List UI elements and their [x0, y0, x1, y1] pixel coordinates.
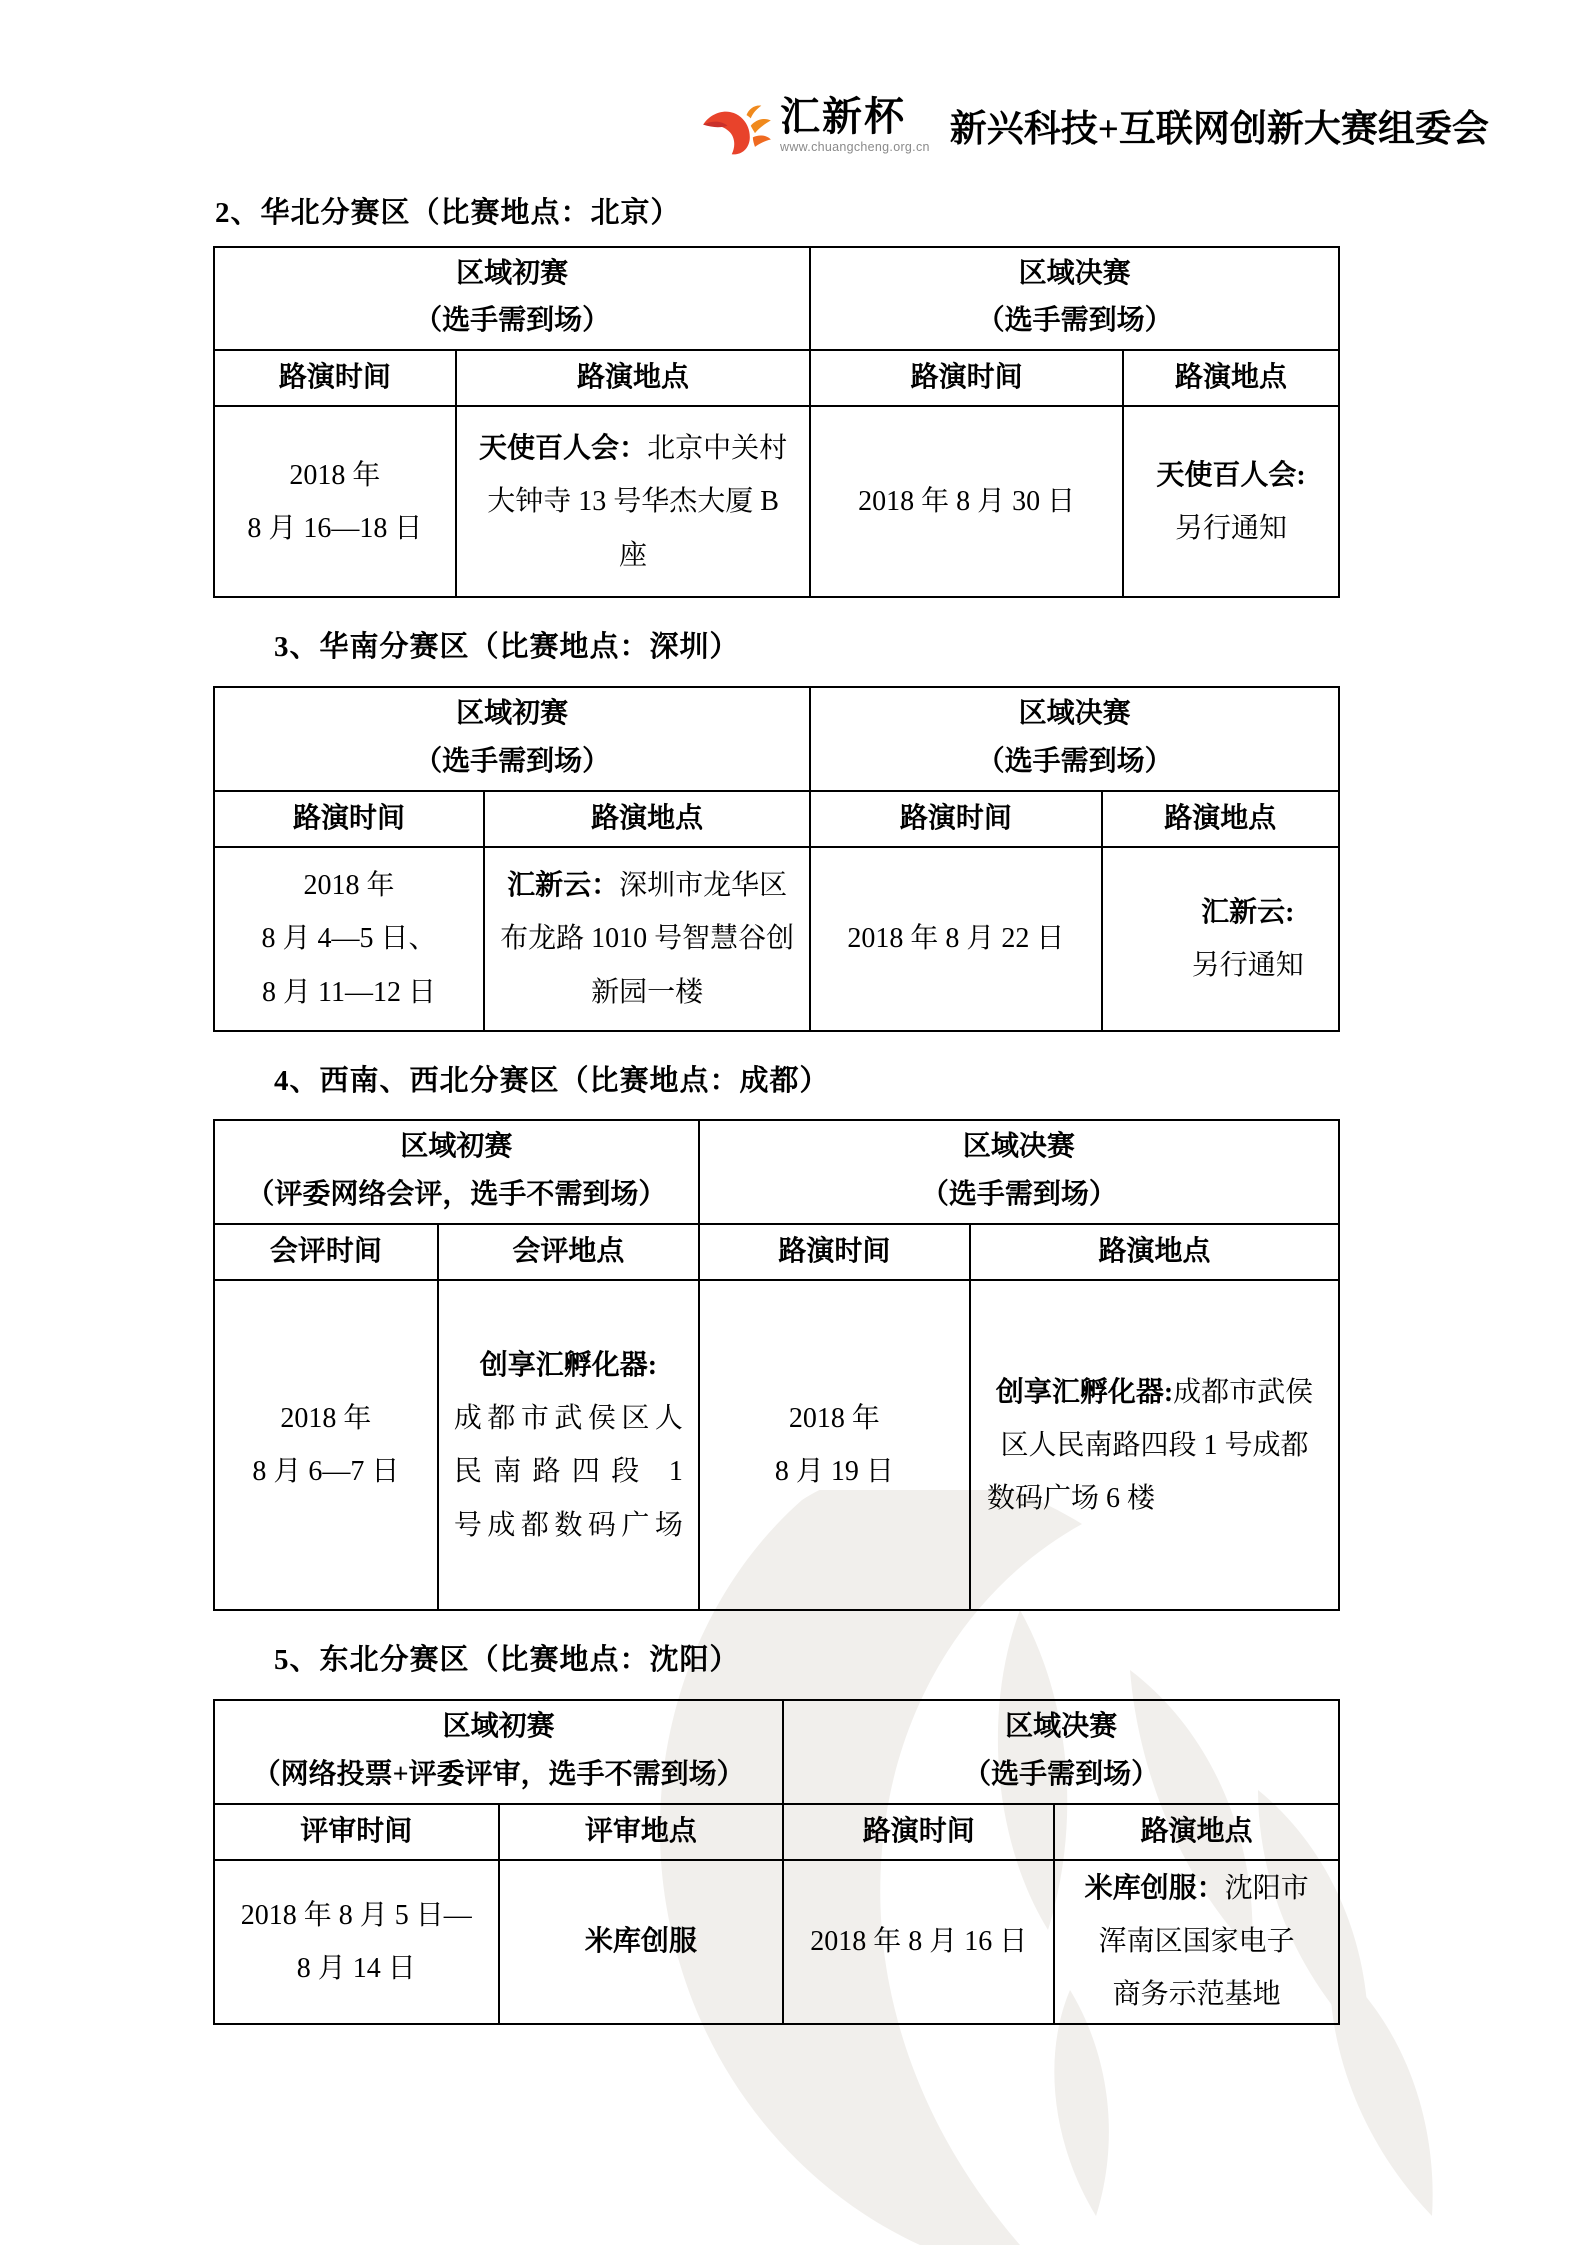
- schedule-table-huabei: 区域初赛 （选手需到场） 区域决赛 （选手需到场） 路演时间 路演地点 路演时间…: [213, 246, 1340, 599]
- time-line: 2018 年: [216, 1392, 436, 1445]
- schedule-row: 2018 年 8 月 16—18 日 天使百人会：北京中关村大钟寺 13 号华杰…: [214, 406, 1339, 597]
- time-line: 8 月 14 日: [216, 1942, 497, 1995]
- time-line: 2018 年 8 月 16 日: [785, 1915, 1052, 1968]
- time-line: 8 月 11—12 日: [216, 966, 482, 1019]
- zone-heading-huabei: 2、华北分赛区（比赛地点：北京）: [213, 192, 1340, 236]
- schedule-row: 2018 年 8 月 6—7 日 创享汇孵化器: 成都市武侯区人 民南路四段 1…: [214, 1280, 1339, 1610]
- final-time-cell: 2018 年 8 月 22 日: [810, 847, 1101, 1031]
- final-time-cell: 2018 年 8 月 30 日: [810, 406, 1123, 597]
- col-header-time: 路演时间: [783, 1804, 1054, 1860]
- group-title: 区域决赛: [784, 1708, 1338, 1746]
- final-place-cell: 汇新云: 另行通知: [1102, 847, 1339, 1031]
- venue-label: 米库创服: [585, 1926, 697, 1957]
- zone-section-huanan: 3、华南分赛区（比赛地点：深圳） 区域初赛 （选手需到场） 区域决赛 （选手需到…: [213, 626, 1340, 1031]
- venue-text-line: 浑南区国家电子: [1056, 1915, 1337, 1968]
- group-title: 区域初赛: [215, 255, 809, 293]
- col-header-time: 路演时间: [214, 350, 456, 406]
- logo-url: www.chuangcheng.org.cn: [780, 140, 930, 154]
- preliminary-group-header: 区域初赛 （选手需到场）: [214, 687, 810, 791]
- final-time-cell: 2018 年 8 月 19 日: [699, 1280, 970, 1610]
- column-header-row: 路演时间 路演地点 路演时间 路演地点: [214, 791, 1339, 847]
- group-subtitle: （选手需到场）: [784, 1756, 1338, 1794]
- time-line: 8 月 6—7 日: [216, 1445, 436, 1498]
- time-line: 8 月 16—18 日: [216, 502, 454, 555]
- col-header-review-time: 评审时间: [214, 1804, 499, 1860]
- col-header-time: 路演时间: [810, 791, 1101, 847]
- col-header-place: 路演地点: [1123, 350, 1339, 406]
- group-subtitle: （评委网络会评，选手不需到场）: [215, 1176, 698, 1214]
- time-line: 2018 年: [216, 859, 482, 912]
- time-line: 2018 年: [701, 1392, 968, 1445]
- venue-text: 沈阳市: [1225, 1873, 1309, 1904]
- org-title: 新兴科技+互联网创新大赛组委会: [950, 108, 1489, 152]
- final-group-header: 区域决赛 （选手需到场）: [810, 247, 1339, 351]
- venue-label: 创享汇孵化器:: [454, 1339, 683, 1392]
- venue-text: 另行通知: [1159, 939, 1337, 992]
- group-title: 区域初赛: [215, 695, 809, 733]
- group-header-row: 区域初赛 （选手需到场） 区域决赛 （选手需到场）: [214, 247, 1339, 351]
- schedule-table-dongbei: 区域初赛 （网络投票+评委评审，选手不需到场） 区域决赛 （选手需到场） 评审时…: [213, 1699, 1340, 2025]
- preliminary-time-cell: 2018 年 8 月 4—5 日、 8 月 11—12 日: [214, 847, 484, 1031]
- zone-heading-dongbei: 5、东北分赛区（比赛地点：沈阳）: [213, 1639, 1340, 1683]
- venue-text-line: 商务示范基地: [1056, 1968, 1337, 2021]
- time-line: 8 月 19 日: [701, 1445, 968, 1498]
- col-header-place: 路演地点: [1054, 1804, 1339, 1860]
- venue-label: 创享汇孵化器:: [996, 1377, 1173, 1408]
- venue-text: 另行通知: [1125, 502, 1337, 555]
- group-subtitle: （选手需到场）: [700, 1176, 1338, 1214]
- col-header-place: 路演地点: [970, 1224, 1339, 1280]
- group-header-row: 区域初赛 （评委网络会评，选手不需到场） 区域决赛 （选手需到场）: [214, 1120, 1339, 1224]
- preliminary-group-header: 区域初赛 （网络投票+评委评审，选手不需到场）: [214, 1700, 783, 1804]
- schedule-table-huanan: 区域初赛 （选手需到场） 区域决赛 （选手需到场） 路演时间 路演地点 路演时间…: [213, 686, 1340, 1032]
- zone-heading-xinan-xibei: 4、西南、西北分赛区（比赛地点：成都）: [213, 1060, 1340, 1104]
- venue-label: 米库创服：: [1085, 1873, 1225, 1904]
- group-subtitle: （选手需到场）: [811, 743, 1338, 781]
- preliminary-group-header: 区域初赛 （评委网络会评，选手不需到场）: [214, 1120, 699, 1224]
- final-group-header: 区域决赛 （选手需到场）: [699, 1120, 1339, 1224]
- preliminary-place-cell: 天使百人会：北京中关村大钟寺 13 号华杰大厦 B 座: [456, 406, 810, 597]
- schedule-table-xinan-xibei: 区域初赛 （评委网络会评，选手不需到场） 区域决赛 （选手需到场） 会评时间 会…: [213, 1119, 1340, 1611]
- venue-text-line: 号成都数码广场: [454, 1499, 683, 1552]
- group-header-row: 区域初赛 （选手需到场） 区域决赛 （选手需到场）: [214, 687, 1339, 791]
- zone-section-huabei: 2、华北分赛区（比赛地点：北京） 区域初赛 （选手需到场） 区域决赛 （选手需到…: [213, 192, 1340, 598]
- schedule-row: 2018 年 8 月 4—5 日、 8 月 11—12 日 汇新云：深圳市龙华区…: [214, 847, 1339, 1031]
- preliminary-time-cell: 2018 年 8 月 5 日— 8 月 14 日: [214, 1860, 499, 2024]
- col-header-time: 路演时间: [699, 1224, 970, 1280]
- final-place-cell: 米库创服：沈阳市 浑南区国家电子 商务示范基地: [1054, 1860, 1339, 2024]
- col-header-place: 路演地点: [1102, 791, 1339, 847]
- venue-label: 天使百人会:: [1125, 449, 1337, 502]
- final-group-header: 区域决赛 （选手需到场）: [810, 687, 1339, 791]
- col-header-place: 路演地点: [456, 350, 810, 406]
- group-subtitle: （选手需到场）: [215, 302, 809, 340]
- column-header-row: 路演时间 路演地点 路演时间 路演地点: [214, 350, 1339, 406]
- col-header-review-place: 会评地点: [438, 1224, 699, 1280]
- group-header-row: 区域初赛 （网络投票+评委评审，选手不需到场） 区域决赛 （选手需到场）: [214, 1700, 1339, 1804]
- logo-bird-icon: [700, 104, 774, 158]
- col-header-time: 路演时间: [214, 791, 484, 847]
- col-header-review-place: 评审地点: [499, 1804, 784, 1860]
- group-title: 区域初赛: [215, 1708, 782, 1746]
- time-line: 2018 年 8 月 22 日: [812, 912, 1099, 965]
- document-body: 2、华北分赛区（比赛地点：北京） 区域初赛 （选手需到场） 区域决赛 （选手需到…: [213, 0, 1340, 2025]
- group-title: 区域决赛: [811, 255, 1338, 293]
- venue-label: 汇新云：: [507, 870, 619, 901]
- time-line: 2018 年 8 月 5 日—: [216, 1889, 497, 1942]
- group-title: 区域决赛: [811, 695, 1338, 733]
- time-line: 2018 年 8 月 30 日: [812, 475, 1121, 528]
- logo-text-block: 汇新杯 www.chuangcheng.org.cn: [780, 96, 930, 154]
- venue-label: 天使百人会：: [479, 433, 647, 464]
- preliminary-group-header: 区域初赛 （选手需到场）: [214, 247, 810, 351]
- column-header-row: 会评时间 会评地点 路演时间 路演地点: [214, 1224, 1339, 1280]
- zone-section-dongbei: 5、东北分赛区（比赛地点：沈阳） 区域初赛 （网络投票+评委评审，选手不需到场）…: [213, 1639, 1340, 2024]
- logo-name: 汇新杯: [780, 96, 930, 138]
- final-place-cell: 创享汇孵化器:成都市武侯区人民南路四段 1 号成都数码广场 6 楼: [970, 1280, 1339, 1610]
- col-header-review-time: 会评时间: [214, 1224, 438, 1280]
- preliminary-place-cell: 汇新云：深圳市龙华区布龙路 1010 号智慧谷创新园一楼: [484, 847, 810, 1031]
- zone-section-xinan-xibei: 4、西南、西北分赛区（比赛地点：成都） 区域初赛 （评委网络会评，选手不需到场）…: [213, 1060, 1340, 1611]
- preliminary-time-cell: 2018 年 8 月 6—7 日: [214, 1280, 438, 1610]
- group-title: 区域初赛: [215, 1128, 698, 1166]
- time-line: 8 月 4—5 日、: [216, 912, 482, 965]
- col-header-place: 路演地点: [484, 791, 810, 847]
- col-header-time: 路演时间: [810, 350, 1123, 406]
- time-line: 2018 年: [216, 449, 454, 502]
- venue-first-line: 米库创服：沈阳市: [1056, 1862, 1337, 1915]
- preliminary-place-cell: 米库创服: [499, 1860, 784, 2024]
- final-place-cell: 天使百人会: 另行通知: [1123, 406, 1339, 597]
- venue-text-line: 成都市武侯区人: [454, 1392, 683, 1445]
- brand-header: 汇新杯 www.chuangcheng.org.cn 新兴科技+互联网创新大赛组…: [700, 96, 1489, 158]
- group-subtitle: （选手需到场）: [215, 743, 809, 781]
- zone-heading-huanan: 3、华南分赛区（比赛地点：深圳）: [213, 626, 1340, 670]
- venue-label: 汇新云:: [1159, 886, 1337, 939]
- venue-text-line: 民南路四段 1: [454, 1445, 683, 1498]
- group-title: 区域决赛: [700, 1128, 1338, 1166]
- preliminary-time-cell: 2018 年 8 月 16—18 日: [214, 406, 456, 597]
- preliminary-place-cell: 创享汇孵化器: 成都市武侯区人 民南路四段 1 号成都数码广场: [438, 1280, 699, 1610]
- column-header-row: 评审时间 评审地点 路演时间 路演地点: [214, 1804, 1339, 1860]
- group-subtitle: （选手需到场）: [811, 302, 1338, 340]
- schedule-row: 2018 年 8 月 5 日— 8 月 14 日 米库创服 2018 年 8 月…: [214, 1860, 1339, 2024]
- group-subtitle: （网络投票+评委评审，选手不需到场）: [215, 1756, 782, 1794]
- final-group-header: 区域决赛 （选手需到场）: [783, 1700, 1339, 1804]
- final-time-cell: 2018 年 8 月 16 日: [783, 1860, 1054, 2024]
